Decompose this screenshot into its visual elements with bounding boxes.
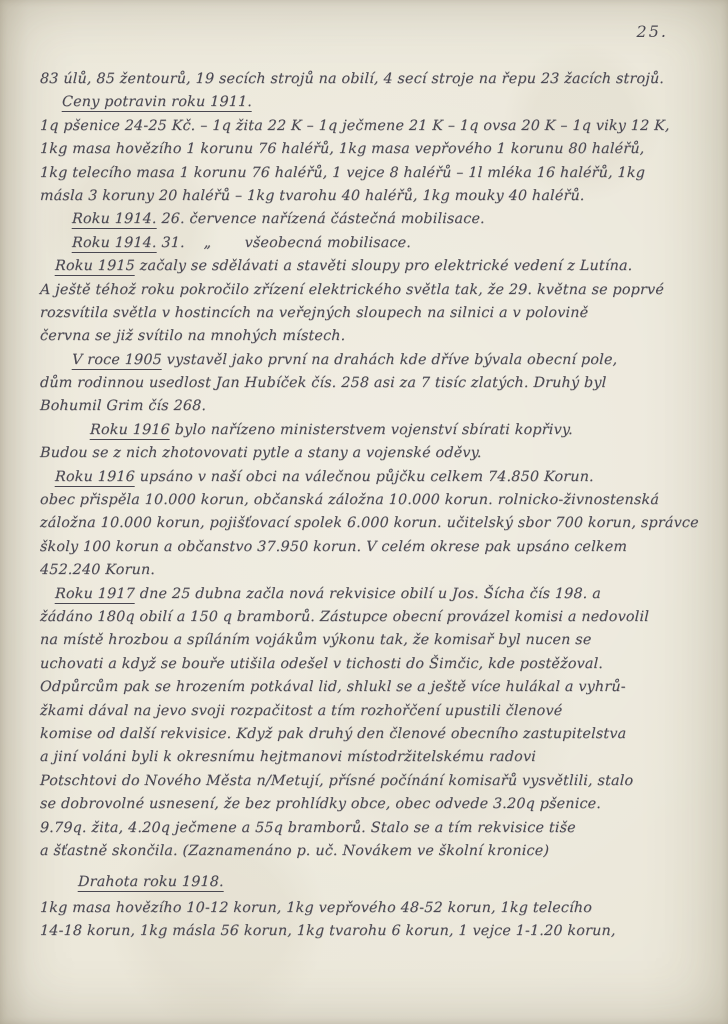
underlined-heading-segment: Roku 1916 bbox=[90, 422, 171, 440]
text-segment: 1kg masa hovězího 1 korunu 76 haléřů, 1k… bbox=[40, 141, 645, 157]
text-segment: záložna 10.000 korun, pojišťovací spolek… bbox=[40, 515, 699, 531]
text-line: másla 3 koruny 20 haléřů – 1kg tvarohu 4… bbox=[0, 185, 706, 208]
page-number: 25. bbox=[637, 22, 668, 41]
text-segment: obec přispěla 10.000 korun, občanská zál… bbox=[40, 492, 660, 508]
text-segment: žádáno 180q obilí a 150 q bramborů. Zást… bbox=[40, 609, 650, 625]
text-line: obec přispěla 10.000 korun, občanská zál… bbox=[0, 489, 706, 512]
text-line: Bohumil Grim čís 268. bbox=[0, 395, 706, 418]
text-line: 14-18 korun, 1kg másla 56 korun, 1kg tva… bbox=[0, 920, 706, 943]
text-line: A ještě téhož roku pokročilo zřízení ele… bbox=[0, 279, 706, 302]
text-segment: Odpůrcům pak se hrozením potkával lid, s… bbox=[40, 679, 626, 695]
text-line: Roku 1914. 26. července nařízená částečn… bbox=[0, 208, 706, 231]
text-line: a jiní voláni byli k okresnímu hejtmanov… bbox=[0, 746, 706, 769]
text-line: Roku 1916 bylo nařízeno ministerstvem vo… bbox=[0, 419, 706, 442]
text-line: dům rodinnou usedlost Jan Hubíček čís. 2… bbox=[0, 372, 706, 395]
text-segment: 9.79q. žita, 4.20q ječmene a 55q brambor… bbox=[40, 820, 576, 836]
text-segment: uchovati a když se bouře utišila odešel … bbox=[40, 656, 604, 672]
manuscript-page: 25. 83 úlů, 85 žentourů, 19 secích stroj… bbox=[0, 0, 728, 1024]
underlined-heading-segment: Roku 1917 bbox=[55, 586, 136, 604]
text-segment: bylo nařízeno ministerstvem vojenství sb… bbox=[170, 422, 574, 438]
text-line: června se již svítilo na mnohých místech… bbox=[0, 325, 706, 348]
text-segment: 26. července nařízená částečná mobilisac… bbox=[156, 211, 485, 227]
text-segment: a jiní voláni byli k okresnímu hejtmanov… bbox=[40, 749, 537, 765]
text-segment: se dobrovolné usnesení, že bez prohlídky… bbox=[40, 796, 602, 812]
text-segment: 14-18 korun, 1kg másla 56 korun, 1kg tva… bbox=[40, 923, 616, 939]
text-segment: 31. „ všeobecná mobilisace. bbox=[156, 235, 411, 251]
text-segment: rozsvítila světla v hostincích na veřejn… bbox=[40, 305, 589, 321]
text-segment: a šťastně skončila. (Zaznamenáno p. uč. … bbox=[40, 843, 550, 859]
text-line: rozsvítila světla v hostincích na veřejn… bbox=[0, 302, 706, 325]
text-line: se dobrovolné usnesení, že bez prohlídky… bbox=[0, 793, 706, 816]
text-segment: 452.240 Korun. bbox=[40, 562, 156, 578]
handwritten-text-block: 83 úlů, 85 žentourů, 19 secích strojů na… bbox=[0, 68, 706, 943]
text-line: Potschtovi do Nového Města n/Metují, pří… bbox=[0, 770, 706, 793]
text-line: Drahota roku 1918. bbox=[0, 871, 706, 894]
underlined-heading-segment: Roku 1914. bbox=[72, 211, 157, 229]
text-segment: másla 3 koruny 20 haléřů – 1kg tvarohu 4… bbox=[40, 188, 585, 204]
text-line: na místě hrozbou a spíláním vojákům výko… bbox=[0, 629, 706, 652]
underlined-heading-segment: Ceny potravin roku 1911. bbox=[62, 94, 253, 112]
text-line: 1kg masa hovězího 1 korunu 76 haléřů, 1k… bbox=[0, 138, 706, 161]
underlined-heading-segment: Drahota roku 1918. bbox=[78, 874, 224, 892]
text-segment: 1kg telecího masa 1 korunu 76 haléřů, 1 … bbox=[40, 165, 646, 181]
text-segment: Potschtovi do Nového Města n/Metují, pří… bbox=[40, 773, 634, 789]
text-line: Roku 1917 dne 25 dubna začla nová rekvis… bbox=[0, 583, 706, 606]
text-line: záložna 10.000 korun, pojišťovací spolek… bbox=[0, 512, 706, 535]
text-line: Odpůrcům pak se hrozením potkával lid, s… bbox=[0, 676, 706, 699]
text-line: Roku 1914. 31. „ všeobecná mobilisace. bbox=[0, 232, 706, 255]
text-segment: dne 25 dubna začla nová rekvisice obilí … bbox=[135, 586, 602, 602]
text-segment: začaly se sdělávati a stavěti sloupy pro… bbox=[135, 258, 633, 274]
text-line: Budou se z nich zhotovovati pytle a stan… bbox=[0, 442, 706, 465]
text-line: 1q pšenice 24-25 Kč. – 1q žita 22 K – 1q… bbox=[0, 115, 706, 138]
text-line: žkami dával na jevo svoji rozpačitost a … bbox=[0, 700, 706, 723]
text-line: Roku 1916 upsáno v naší obci na válečnou… bbox=[0, 466, 706, 489]
text-line: a šťastně skončila. (Zaznamenáno p. uč. … bbox=[0, 840, 706, 863]
text-segment: žkami dával na jevo svoji rozpačitost a … bbox=[40, 703, 563, 719]
underlined-heading-segment: Roku 1916 bbox=[55, 469, 136, 487]
text-segment: Bohumil Grim čís 268. bbox=[40, 398, 207, 414]
text-line: Ceny potravin roku 1911. bbox=[0, 91, 706, 114]
text-segment: komise od další rekvisice. Když pak druh… bbox=[40, 726, 627, 742]
text-line: 1kg masa hovězího 10-12 korun, 1kg vepřo… bbox=[0, 897, 706, 920]
text-line: školy 100 korun a občanstvo 37.950 korun… bbox=[0, 536, 706, 559]
text-segment: Budou se z nich zhotovovati pytle a stan… bbox=[40, 445, 482, 461]
text-segment: A ještě téhož roku pokročilo zřízení ele… bbox=[40, 282, 665, 298]
text-segment: vystavěl jako první na drahách kde dříve… bbox=[162, 352, 618, 368]
text-line: Roku 1915 začaly se sdělávati a stavěti … bbox=[0, 255, 706, 278]
text-line: V roce 1905 vystavěl jako první na drahá… bbox=[0, 349, 706, 372]
text-segment: na místě hrozbou a spíláním vojákům výko… bbox=[40, 632, 592, 648]
text-line: komise od další rekvisice. Když pak druh… bbox=[0, 723, 706, 746]
text-line: 452.240 Korun. bbox=[0, 559, 706, 582]
text-segment: 1kg masa hovězího 10-12 korun, 1kg vepřo… bbox=[40, 900, 593, 916]
text-segment: upsáno v naší obci na válečnou půjčku ce… bbox=[135, 469, 594, 485]
text-segment: školy 100 korun a občanstvo 37.950 korun… bbox=[40, 539, 628, 555]
text-segment: 1q pšenice 24-25 Kč. – 1q žita 22 K – 1q… bbox=[40, 118, 670, 134]
text-line: uchovati a když se bouře utišila odešel … bbox=[0, 653, 706, 676]
text-line: 1kg telecího masa 1 korunu 76 haléřů, 1 … bbox=[0, 162, 706, 185]
text-segment: dům rodinnou usedlost Jan Hubíček čís. 2… bbox=[40, 375, 607, 391]
underlined-heading-segment: Roku 1914. bbox=[72, 235, 157, 253]
text-segment: 83 úlů, 85 žentourů, 19 secích strojů na… bbox=[40, 71, 665, 87]
text-segment: června se již svítilo na mnohých místech… bbox=[40, 328, 346, 344]
text-line: 9.79q. žita, 4.20q ječmene a 55q brambor… bbox=[0, 817, 706, 840]
underlined-heading-segment: V roce 1905 bbox=[72, 352, 163, 370]
underlined-heading-segment: Roku 1915 bbox=[55, 258, 136, 276]
text-line: žádáno 180q obilí a 150 q bramborů. Zást… bbox=[0, 606, 706, 629]
text-line: 83 úlů, 85 žentourů, 19 secích strojů na… bbox=[0, 68, 706, 91]
